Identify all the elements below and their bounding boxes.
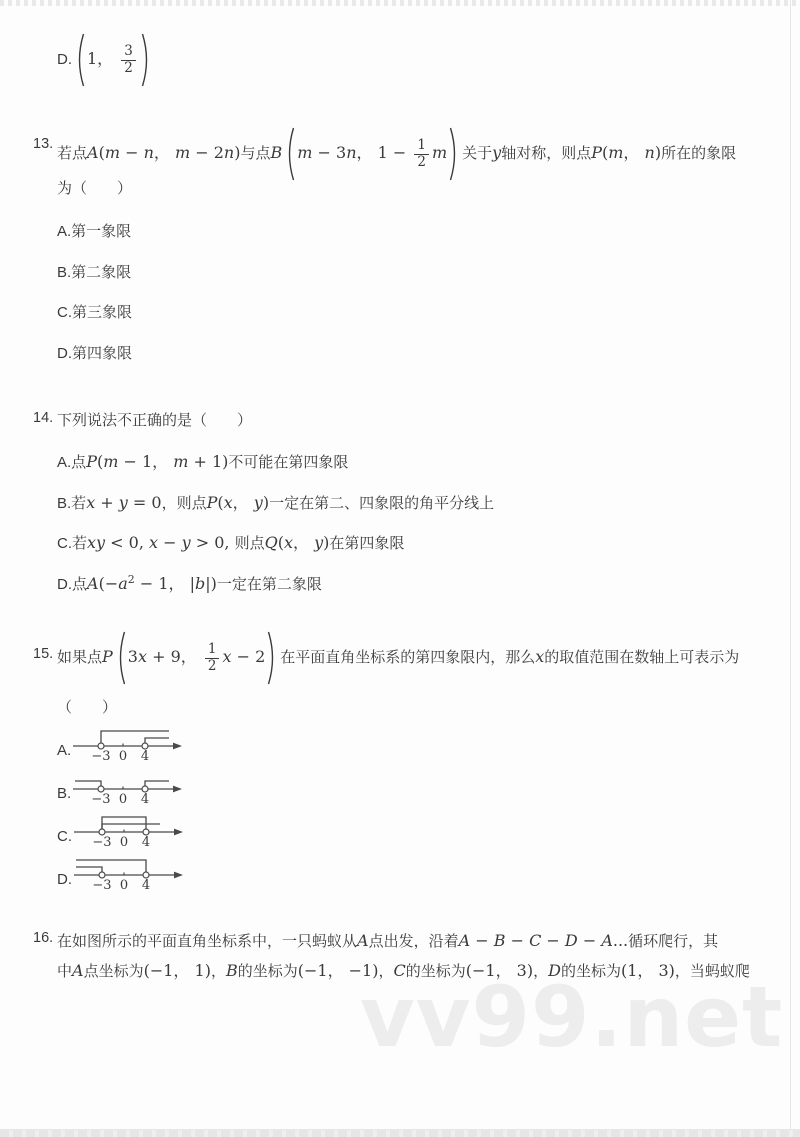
big-left-paren: [74, 32, 85, 88]
option-a-numberline-diagram: −304: [71, 722, 187, 768]
question-16-text-line1: 在如图所示的平面直角坐标系中，一只蚂蚁从A点出发，沿着A − B − C − D…: [57, 928, 718, 955]
question-15-text-line1: 如果点P3x + 9， 12x − 2在平面直角坐标系的第四象限内，那么x的取值…: [57, 630, 739, 686]
page-bottom-edge: [0, 1129, 800, 1137]
svg-text:4: 4: [141, 749, 149, 763]
prev-question-option-d: D.1， 32: [57, 32, 154, 88]
question-13-option-c: C.第三象限: [57, 300, 132, 326]
question-13-text-line1: 若点A(m − n， m − 2n)与点Bm − 3n， 1 − 12m关于y轴…: [57, 126, 736, 182]
svg-text:0: 0: [119, 749, 127, 763]
question-14-option-d: D.点A(−a2 − 1， |b|)一定在第二象限: [57, 567, 322, 598]
question-15-number: 15.: [33, 646, 53, 662]
site-watermark: vv99.net: [360, 975, 783, 1059]
svg-text:4: 4: [142, 835, 150, 849]
big-left-paren: [115, 630, 126, 686]
question-13-option-b: B.第二象限: [57, 260, 131, 286]
page-top-edge: [0, 0, 800, 6]
question-13-option-a: A.第一象限: [57, 219, 131, 245]
svg-text:4: 4: [142, 878, 150, 892]
svg-text:4: 4: [141, 792, 149, 806]
question-13-text-line2: 为（ ）: [57, 176, 132, 202]
question-15-option-a: A. −304: [57, 722, 187, 768]
question-14-option-c: C.若xy < 0, x − y > 0, 则点Q(x， y)在第四象限: [57, 530, 404, 557]
svg-text:−3: −3: [92, 878, 111, 892]
option-c-numberline-diagram: −304: [72, 808, 188, 854]
question-14-option-a: A.点P(m − 1， m + 1)不可能在第四象限: [57, 449, 348, 476]
big-right-paren: [267, 630, 278, 686]
big-right-paren: [141, 32, 152, 88]
svg-text:0: 0: [119, 792, 127, 806]
question-15-text-line2: （ ）: [57, 695, 117, 721]
page-right-border: [790, 0, 791, 1137]
question-14-option-b: B.若x + y = 0，则点P(x， y)一定在第二、四象限的角平分线上: [57, 490, 494, 517]
question-15-option-c: C. −304: [57, 808, 188, 854]
svg-text:0: 0: [120, 878, 128, 892]
option-d-numberline-diagram: −304: [72, 851, 188, 897]
question-15-option-d: D. −304: [57, 851, 188, 897]
question-14-text: 下列说法不正确的是（ ）: [57, 408, 252, 434]
svg-text:−3: −3: [92, 749, 111, 763]
question-14-number: 14.: [33, 410, 53, 426]
question-13-number: 13.: [33, 136, 53, 152]
big-right-paren: [449, 126, 460, 182]
document-page: D.1， 32 13. 若点A(m − n， m − 2n)与点Bm − 3n，…: [0, 0, 800, 1137]
svg-text:−3: −3: [92, 835, 111, 849]
question-15-option-b: B. −304: [57, 765, 187, 811]
question-16-number: 16.: [33, 930, 53, 946]
option-b-numberline-diagram: −304: [71, 765, 187, 811]
svg-text:−3: −3: [92, 792, 111, 806]
big-left-paren: [284, 126, 295, 182]
question-13-option-d: D.第四象限: [57, 341, 132, 367]
svg-text:0: 0: [120, 835, 128, 849]
option-d-label: D.: [57, 871, 72, 897]
